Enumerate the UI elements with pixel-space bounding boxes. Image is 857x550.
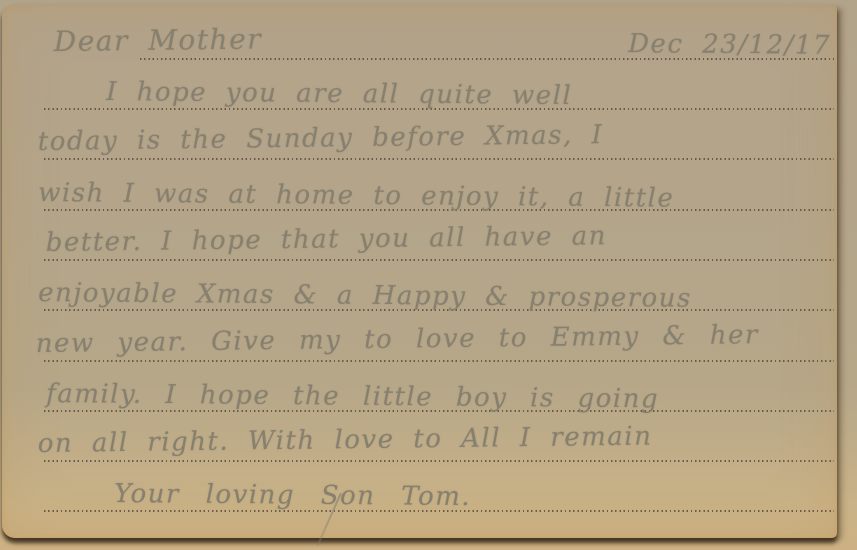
handwriting-line: I hope you are all quite well [106, 74, 572, 114]
handwriting-line: wish I was at home to enjoy it, a little [38, 175, 674, 217]
salutation: Dear Mother [54, 21, 263, 60]
handwriting-line: family. I hope the little boy is going [46, 376, 659, 417]
handwriting-line: better. I hope that you all have an [46, 218, 608, 261]
date-line: Dec 23/12/17 [628, 26, 831, 64]
photo-background: Dear Mother Dec 23/12/17 I hope you are … [0, 0, 857, 550]
handwriting-line: new year. Give my to love to Emmy & her [36, 317, 760, 362]
handwriting-line: enjoyable Xmas & a Happy & prosperous [38, 275, 692, 317]
handwriting-line: today is the Sunday before Xmas, I [38, 117, 604, 160]
postcard: Dear Mother Dec 23/12/17 I hope you are … [2, 5, 837, 538]
signature-line: Your loving Son Tom. [114, 476, 471, 515]
handwriting-line: on all right. With love to All I remain [38, 418, 653, 462]
